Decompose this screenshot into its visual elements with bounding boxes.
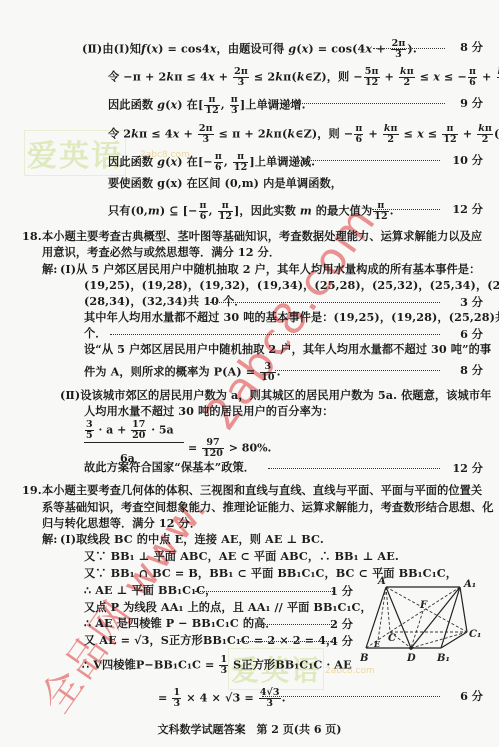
q17-line-5: 因此函数 g(x) 在[−π6, π12]上单调递减. xyxy=(108,152,315,173)
q19-line-8: ∴ V四棱锥P−BB₁C₁C = 13 S正方形BB₁C₁C · AE xyxy=(82,655,352,676)
denominator: 10 xyxy=(260,373,275,383)
q19-line-7: 又 AE = √3，S正方形BB₁C₁C = 2 × 2 = 4， xyxy=(84,633,337,647)
score-1: 1 分 xyxy=(330,583,353,599)
volume-lhs: ∴ V四棱锥P−BB₁C₁C = xyxy=(82,658,214,672)
leader-dots xyxy=(268,468,440,469)
denominator: 5 xyxy=(85,431,94,441)
label-F: F xyxy=(419,600,428,611)
equals: = xyxy=(188,442,197,455)
q18-event-line-1: 其中年人均用水量都不超过 30 吨的基本事件是：(19,25)，(19,28)，… xyxy=(84,310,499,324)
calc-mid: × 4 × √3 = xyxy=(186,691,254,705)
score-8: 8 分 xyxy=(460,39,483,55)
q19-line-9: = 13 × 4 × √3 = 4√33. xyxy=(158,688,286,709)
q17-line-6: 要使函数 g(x) 在区间 (0,m) 内是单调函数， xyxy=(108,176,342,190)
q19-line-4: ∴ AE ⊥ 平面 BB₁C₁C， xyxy=(84,583,216,597)
denominator: 3 xyxy=(172,699,181,709)
denominator: 120 xyxy=(202,449,224,459)
leader-dots xyxy=(275,370,440,371)
q19-line-2: 又∵ BB₁ ⊥ 平面 ABC，AE ⊂ 平面 ABC，∴ BB₁ ⊥ AE. xyxy=(84,549,399,563)
volume-rhs: S正方形BB₁C₁C · AE xyxy=(233,658,352,672)
leader-dots xyxy=(240,641,335,642)
prob-text: 件为 A，则所求的概率为 P(A) = xyxy=(84,365,255,379)
q18-pairs-line-2: (28,34)，(32,34)共 10 个． xyxy=(84,294,246,308)
q17-line-3: 因此函数 g(x) 在[π12, π3]上单调递增. xyxy=(108,95,306,116)
score-8: 8 分 xyxy=(460,362,483,378)
q18-part2-line-1: (Ⅱ)设该城市郊区的居民用户数为 a，则其城区的居民用户数为 5a. 依题意，该… xyxy=(60,388,491,402)
q18-number: 18. xyxy=(22,229,42,243)
prism-diagram: A A₁ F C C₁ E B D B₁ xyxy=(360,575,495,665)
q18-pairs-line-1: (19,25)，(19,28)，(19,32)，(19,34)，(25,28)，… xyxy=(84,278,499,292)
q19-line-5: 又点 P 为线段 AA₁ 上的点，且 AA₁ // 平面 BB₁C₁C， xyxy=(84,600,372,614)
score-4: 4 分 xyxy=(330,633,353,649)
formula-numerator: 35 · a + 1720 · 5a xyxy=(84,420,184,443)
q19-intro-3: 归与转化思想等．满分 12 分． xyxy=(42,516,201,530)
q18-conclusion: 故此方案符合国家“保基本”政策． xyxy=(84,460,255,474)
leader-dots xyxy=(262,696,440,697)
result-tail: > 80%. xyxy=(229,442,272,455)
denominator: 3 xyxy=(219,666,228,676)
score-12: 12 分 xyxy=(452,201,483,217)
q17-line-4: 令 2kπ ≤ 4x + 2π3 ≤ π + 2kπ(k∈Z)，则 −π6 + … xyxy=(108,124,499,145)
q19-line-1: (Ⅰ)取线段 BC 的中点 E，连接 AE，则 AE ⊥ BC. xyxy=(60,532,324,546)
leader-dots xyxy=(373,48,445,49)
q19-number: 19. xyxy=(22,483,42,497)
denominator: 20 xyxy=(131,431,146,441)
q18-solution-label: 解: xyxy=(42,262,58,276)
leader-dots xyxy=(280,160,440,161)
score-6: 6 分 xyxy=(460,688,483,704)
denominator: 3 xyxy=(259,699,281,709)
formula-end: · 5a xyxy=(151,424,173,437)
q19-solution-label: 解: xyxy=(42,532,58,546)
q17-line-7: 只有(0,m) ⊆ [−π6, π12]，因此实数 m 的最大值为π12. xyxy=(108,201,394,222)
q19-intro-1: 本小题主要考查几何体的体积、三视图和直线与直线、直线与平面、平面与平面的位置关 xyxy=(42,483,482,497)
label-A1: A₁ xyxy=(463,579,476,590)
leader-dots xyxy=(262,103,445,104)
leader-dots xyxy=(262,624,334,625)
label-B: B xyxy=(360,653,368,664)
label-D: D xyxy=(406,653,416,664)
score-12: 12 分 xyxy=(452,460,483,476)
label-C: C xyxy=(388,633,396,644)
q18-prob-line-1: 设“从 5 户郊区居民用户中随机抽取 2 户，其年人均用水量都不超过 30 吨”… xyxy=(84,342,491,356)
score-6: 6 分 xyxy=(460,326,483,342)
label-A: A xyxy=(377,576,386,587)
q17-line-2: 令 −π + 2kπ ≤ 4x + 2π3 ≤ 2kπ(k∈Z)，则 −5π12… xyxy=(108,67,499,88)
formula-result: = 97120 > 80%. xyxy=(188,438,271,459)
score-2: 2 分 xyxy=(330,616,353,632)
leader-dots xyxy=(210,302,440,303)
q18-prob-line-2: 件为 A，则所求的概率为 P(A) = 310. xyxy=(84,362,281,383)
leader-dots xyxy=(110,334,440,335)
label-E: E xyxy=(373,639,381,649)
prob-fraction: 310 xyxy=(260,362,275,383)
label-C1: C₁ xyxy=(469,629,481,640)
label-B1: B₁ xyxy=(436,653,450,664)
leader-dots xyxy=(195,591,335,592)
q18-event-line-2: 个． xyxy=(84,326,107,340)
q18-intro-1: 本小题主要考查古典概型、茎叶图等基础知识，考查数据处理能力、运算求解能力以及应 xyxy=(42,229,482,243)
page-footer: 文科数学试题答案 第 2 页(共 6 页) xyxy=(0,721,499,737)
equals: = xyxy=(158,691,167,705)
answer-key-page: 爱英语 2abc8.com 爱英语 2abc8.com 2abc8.com 全品… xyxy=(0,0,499,747)
q19-intro-2: 系等基础知识，考查空间想象能力、推理论证能力、运算求解能力，考查数形结合思想、化 xyxy=(42,500,494,514)
q19-line-6: ∴ AE 是四棱锥 P − BB₁C₁C 的高． xyxy=(84,616,277,630)
q17-line-1: (Ⅱ)由(Ⅰ)知f(x) = cos4x，由题设可得 g(x) = cos(4x… xyxy=(82,39,417,60)
score-3: 3 分 xyxy=(460,294,483,310)
score-9: 9 分 xyxy=(460,95,483,111)
q18-intro-2: 用意识，考查必然与或然思想等．满分 12 分． xyxy=(42,245,280,259)
score-10: 10 分 xyxy=(452,152,483,168)
q18-part2-line-2: 人均用水量不超过 30 吨的居民用户的百分率为： xyxy=(84,404,334,418)
formula-mid: · a + xyxy=(98,424,126,437)
leader-dots xyxy=(372,209,440,210)
q18-part1-line-1: (Ⅰ)从 5 户郊区居民用户中随机抽取 2 户，其年人均用水量构成的所有基本事件… xyxy=(60,262,480,276)
